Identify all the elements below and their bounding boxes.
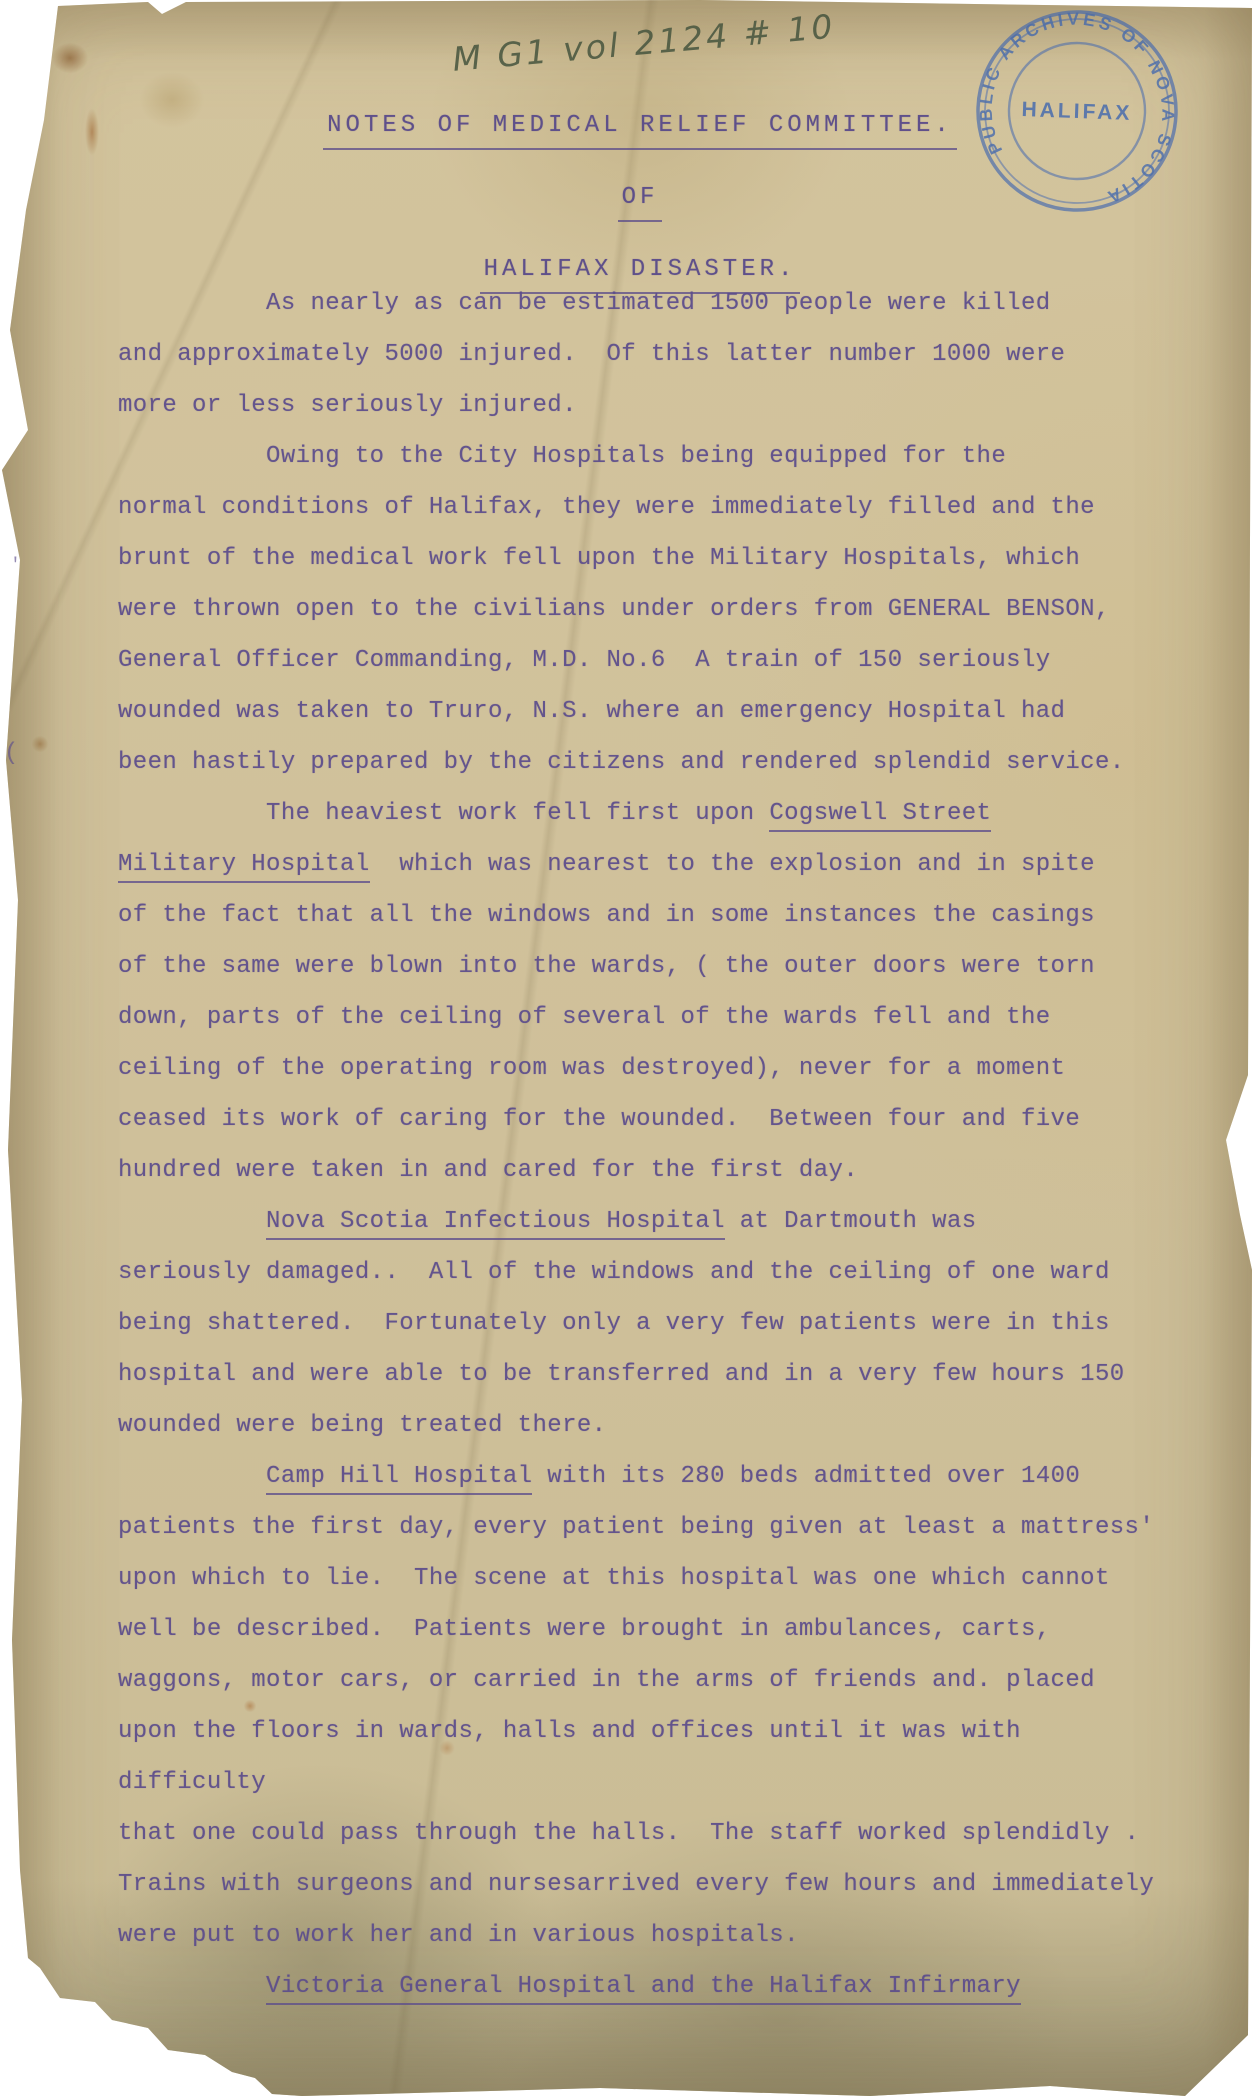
paragraph: As nearly as can be estimated 1500 peopl… [118, 278, 1164, 431]
paragraph: The heaviest work fell first upon Cogswe… [118, 788, 1164, 1196]
typed-text [118, 1973, 266, 2000]
typed-text: which was nearest to the explosion and i… [118, 851, 1095, 1184]
underlined-text: Military Hospital [118, 851, 370, 883]
title-line-2: OF [618, 180, 663, 222]
typed-text: with its 280 beds admitted over 1400 pat… [118, 1463, 1154, 1949]
stray-ink-mark: ' [10, 556, 21, 576]
typed-text: The heaviest work fell first upon [118, 800, 769, 827]
typed-text: at Dartmouth was seriously damaged.. All… [118, 1208, 1125, 1439]
paragraph: Camp Hill Hospital with its 280 beds adm… [118, 1451, 1164, 1961]
typed-text [118, 1208, 266, 1235]
document-body: As nearly as can be estimated 1500 peopl… [118, 278, 1164, 2012]
paragraph: Nova Scotia Infectious Hospital at Dartm… [118, 1196, 1164, 1451]
typed-text: As nearly as can be estimated 1500 peopl… [118, 290, 1065, 419]
underlined-text: Nova Scotia Infectious Hospital [266, 1208, 725, 1240]
paragraph: Victoria General Hospital and the Halifa… [118, 1961, 1164, 2012]
underlined-text: Victoria General Hospital and the Halifa… [266, 1973, 1021, 2005]
typed-text [118, 1463, 266, 1490]
stray-ink-mark: ( [4, 740, 18, 767]
underlined-text: Camp Hill Hospital [266, 1463, 532, 1495]
title-line-1: NOTES OF MEDICAL RELIEF COMMITTEE. [323, 108, 957, 150]
paragraph: Owing to the City Hospitals being equipp… [118, 431, 1164, 788]
underlined-text: Cogswell Street [769, 800, 991, 832]
typed-text: Owing to the City Hospitals being equipp… [118, 443, 1125, 776]
